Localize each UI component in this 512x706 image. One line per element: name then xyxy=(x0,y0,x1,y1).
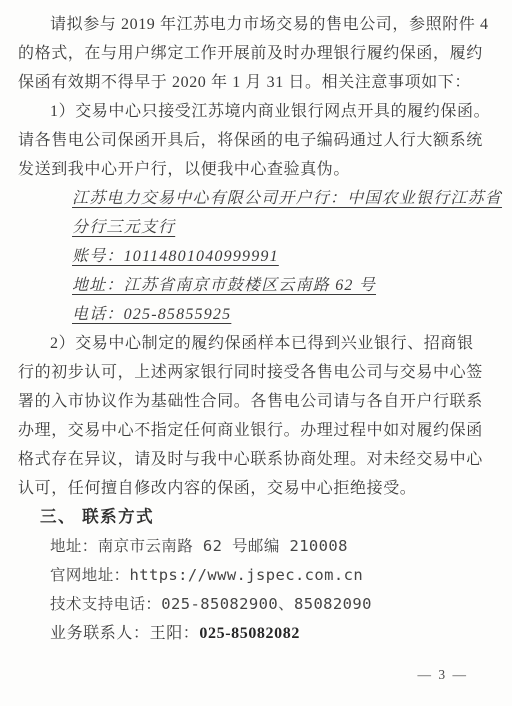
document-page: 请拟参与 2019 年江苏电力市场交易的售电公司，参照附件 4 的格式，在与用户… xyxy=(0,0,512,706)
bank-account-line: 分行三元支行 xyxy=(18,213,500,242)
item-2-line: 2）交易中心制定的履约保函样本已得到兴业银行、招商银 xyxy=(18,329,500,358)
contact-website-url: 官网地址：https://www.jspec.com.cn xyxy=(18,561,500,590)
item-2-line: 署的入市协议作为基础性合同。各售电公司请与各自开户行联系 xyxy=(18,387,500,416)
item-2-line: 行的初步认可，上述两家银行同时接受各售电公司与交易中心签 xyxy=(18,358,500,387)
contact-business-person-phone: 025-85082082 xyxy=(199,625,300,642)
contact-tech-support-phone: 技术支持电话：025-85082900、85082090 xyxy=(18,590,500,619)
bank-address: 地址：江苏省南京市鼓楼区云南路 62 号 xyxy=(18,271,500,300)
contact-business-person-label: 业务联系人：王阳： xyxy=(50,625,199,642)
item-1-line: 请各售电公司保函开具后，将保函的电子编码通过人行大额系统 xyxy=(18,126,500,155)
bank-phone: 电话：025-85855925 xyxy=(18,300,500,329)
section-heading-contact: 三、 联系方式 xyxy=(18,503,500,532)
item-2-line: 格式存在异议，请及时与我中心联系协商处理。对未经交易中心 xyxy=(18,445,500,474)
paragraph-1-line: 保函有效期不得早于 2020 年 1 月 31 日。相关注意事项如下： xyxy=(18,68,500,97)
paragraph-1-line: 的格式，在与用户绑定工作开展前及时办理银行履约保函，履约 xyxy=(18,39,500,68)
item-1-line: 1）交易中心只接受江苏境内商业银行网点开具的履约保函。 xyxy=(18,97,500,126)
paragraph-1-line: 请拟参与 2019 年江苏电力市场交易的售电公司，参照附件 4 xyxy=(18,10,500,39)
item-2-line: 认可，任何擅自修改内容的保函，交易中心拒绝接受。 xyxy=(18,474,500,503)
page-number: — 3 — xyxy=(418,665,469,685)
contact-business-person: 业务联系人：王阳：025-85082082 xyxy=(18,619,500,648)
contact-address: 地址：南京市云南路 62 号邮编 210008 xyxy=(18,532,500,561)
item-1-line: 发送到我中心开户行，以便我中心查验真伪。 xyxy=(18,155,500,184)
item-2-line: 办理，交易中心不指定任何商业银行。办理过程中如对履约保函 xyxy=(18,416,500,445)
bank-account-line: 江苏电力交易中心有限公司开户行：中国农业银行江苏省 xyxy=(18,184,500,213)
bank-account-number: 账号：10114801040999991 xyxy=(18,242,500,271)
